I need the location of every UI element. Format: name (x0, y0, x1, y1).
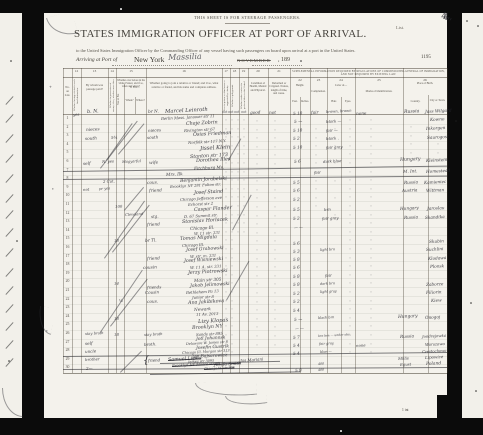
handwritten-entry: wife (149, 161, 158, 166)
handwritten-entry: Kleinstein (426, 158, 448, 163)
handwritten-entry: Warszawa (425, 342, 445, 347)
column-line (447, 68, 448, 373)
row-number: 25 (63, 323, 72, 327)
ditto-mark: " (274, 155, 276, 159)
ditto-mark: " (349, 137, 351, 141)
ditto-mark: " (274, 293, 276, 297)
vessel-name-script: Massilia (168, 53, 202, 62)
tally-hatch (5, 286, 13, 295)
ditto-mark: " (334, 146, 336, 150)
ditto-mark: " (243, 180, 245, 184)
handwritten-entry: south (85, 136, 97, 141)
ditto-mark: " (231, 240, 233, 244)
tally-hatch (5, 248, 13, 257)
ditto-mark: " (225, 301, 227, 305)
dust-speck (16, 240, 18, 242)
ditto-mark: " (225, 197, 227, 201)
ditto-mark: " (237, 215, 239, 219)
handwritten-entry: Cousin (145, 290, 159, 295)
column-header: Whether going to join a relative or frie… (147, 82, 222, 90)
pen-flourish (36, 306, 55, 335)
ditto-mark: " (349, 154, 351, 158)
column-line (81, 68, 82, 373)
ditto-mark: " (225, 146, 227, 150)
ditto-mark: " (243, 223, 245, 227)
handwritten-entry: Onogoj (425, 315, 440, 320)
ditto-mark: " (274, 198, 276, 202)
ditto-mark: " (315, 198, 317, 202)
row-guide (63, 261, 447, 262)
ditto-mark: " (370, 326, 372, 330)
handwritten-entry: not (228, 111, 233, 114)
handwritten-entry: 5 4 (293, 309, 300, 314)
ditto-mark: " (370, 163, 372, 167)
handwritten-entry: black . (326, 136, 339, 140)
ditto-mark: " (349, 223, 351, 227)
ditto-mark: " (256, 302, 258, 306)
ditto-mark: " (225, 206, 227, 210)
handwritten-entry: 18 (114, 239, 119, 243)
dust-speck (120, 8, 122, 10)
row-number: 2 (63, 126, 72, 130)
handwritten-entry: 400 (318, 363, 324, 367)
ditto-mark: " (225, 275, 227, 279)
ditto-mark: " (231, 223, 233, 227)
ditto-mark: " (274, 173, 276, 177)
row-guide (63, 270, 447, 271)
ditto-mark: " (349, 266, 351, 270)
ditto-mark: " (274, 336, 276, 340)
ditto-mark: " (315, 129, 317, 133)
ditto-mark: " (231, 266, 233, 270)
ditto-mark: " (231, 129, 233, 133)
dust-speck (300, 60, 302, 62)
ditto-mark: " (231, 292, 233, 296)
ditto-mark: " (243, 172, 245, 176)
ditto-mark: " (370, 215, 372, 219)
sub-header: City or Town. (429, 99, 447, 102)
ditto-mark: " (243, 189, 245, 193)
ditto-mark: " (349, 215, 351, 219)
column-line (248, 68, 249, 373)
ditto-mark: " (370, 197, 372, 201)
continuation-slash (124, 187, 144, 211)
ditto-mark: " (370, 223, 372, 227)
ditto-mark: " (256, 147, 258, 151)
ditto-mark: " (231, 146, 233, 150)
ditto-mark: " (256, 216, 258, 220)
handwritten-entry: — — (295, 327, 304, 331)
tally-hatch (5, 210, 13, 219)
column-line (146, 68, 147, 373)
ditto-mark: " (274, 302, 276, 306)
ditto-mark: " (225, 249, 227, 253)
ditto-mark: " (370, 137, 372, 141)
ditto-mark: " (274, 147, 276, 151)
ditto-mark: " (274, 164, 276, 168)
ditto-mark: " (256, 164, 258, 168)
ditto-mark: " (370, 283, 372, 287)
ditto-mark: " (274, 250, 276, 254)
sub-header: Where? (136, 99, 146, 102)
row-number: 4 (63, 143, 72, 147)
row-number: 27 (63, 341, 72, 345)
ditto-mark: " (231, 275, 233, 279)
handwritten-entry: + (49, 86, 52, 90)
pen-flourish (46, 11, 78, 40)
ditto-mark: " (231, 137, 233, 141)
handwritten-entry: broth. (144, 342, 157, 347)
ditto-mark: " (274, 319, 276, 323)
ditto-mark: " (274, 181, 276, 185)
dust-speck (10, 60, 12, 62)
handwritten-entry: Zaborze (426, 282, 443, 287)
ditto-mark: " (274, 138, 276, 142)
handwritten-entry: light gray (320, 290, 337, 294)
ditto-mark: " (274, 241, 276, 245)
ditto-mark: " (237, 189, 239, 193)
handwritten-entry: Brooklyn NY 281 Fulton str. (170, 183, 221, 189)
ditto-mark: " (243, 129, 245, 133)
ditto-mark: " (349, 258, 351, 262)
ditto-mark: " (256, 310, 258, 314)
ditto-mark: " (437, 144, 439, 148)
row-guide (63, 201, 447, 202)
ditto-mark: " (256, 241, 258, 245)
row-guide (63, 132, 447, 133)
column-line (116, 68, 117, 373)
ditto-mark: " (237, 180, 239, 184)
ditto-mark: " (370, 301, 372, 305)
ditto-mark: " (225, 129, 227, 133)
handwritten-entry: black brn (318, 316, 334, 320)
ditto-mark: " (237, 129, 239, 133)
handwritten-entry: south (147, 135, 158, 140)
ditto-mark: " (256, 319, 258, 323)
handwritten-entry: 18 (114, 333, 119, 337)
handwritten-entry: pr yes (99, 187, 110, 191)
ditto-mark: " (256, 327, 258, 331)
row-number: 22 (63, 298, 72, 302)
column-header-rotated: Whether in possession of money; if so, w… (109, 79, 115, 112)
ditto-mark: " (237, 172, 239, 176)
handwritten-entry: fair gray (319, 342, 334, 346)
ditto-mark: " (243, 154, 245, 158)
handwritten-entry: br Tl. (145, 238, 157, 243)
tally-hatch (5, 322, 13, 331)
handwritten-entry: Plonsk (430, 264, 444, 269)
ditto-mark: " (349, 275, 351, 279)
handwritten-entry: friend (147, 222, 160, 227)
ditto-mark: " (243, 163, 245, 167)
ditto-mark: " (225, 223, 227, 227)
ditto-mark: " (315, 206, 317, 210)
ditto-mark: " (349, 292, 351, 296)
ditto-mark: " (225, 240, 227, 244)
ditto-mark: " (334, 198, 336, 202)
handwritten-entry: Russia (404, 110, 420, 115)
tally-hatch (5, 114, 13, 123)
row-number: 18 (63, 263, 72, 267)
ditto-mark: " (410, 161, 412, 165)
handwritten-entry: 5¾ (111, 136, 118, 140)
handwritten-entry: Berlin Mass. Janower str 11 (161, 114, 215, 121)
row-number: 24 (63, 315, 72, 319)
ditto-mark: " (237, 146, 239, 150)
handwritten-entry: fair (311, 111, 319, 116)
ditto-mark: " (370, 335, 372, 339)
handwritten-entry: nieces (86, 127, 100, 132)
handwritten-entry: 5 8 (293, 258, 300, 263)
ditto-mark: " (370, 292, 372, 296)
handwritten-entry: 5 10 (293, 112, 303, 117)
handwritten-entry: cous. (147, 299, 158, 304)
ditto-mark: " (274, 190, 276, 194)
handwritten-entry: Lipowice (425, 355, 443, 360)
ditto-mark: " (370, 120, 372, 124)
ditto-mark: " (349, 197, 351, 201)
handwritten-entry: 2 Cut. (103, 179, 115, 183)
row-number: 3 (63, 134, 72, 138)
handwritten-entry: ¼ (119, 299, 123, 303)
ditto-mark: " (349, 189, 351, 193)
row-guide (63, 330, 447, 331)
ditto-mark: " (370, 129, 372, 133)
ditto-mark: " (231, 352, 233, 356)
tally-hatch (5, 304, 13, 313)
row-number: 29 (63, 358, 72, 362)
ditto-mark: " (256, 267, 258, 271)
row-number: 9 (63, 186, 72, 190)
ditto-mark: " (237, 163, 239, 167)
handwritten-entry: 5 8 (295, 369, 302, 374)
handwritten-entry: — — (294, 226, 303, 230)
ditto-mark: " (231, 120, 233, 124)
ditto-mark: " (370, 146, 372, 150)
column-header-rotated: Whether a polygamist. (231, 79, 238, 112)
ditto-mark: " (243, 137, 245, 141)
dust-speck (466, 20, 468, 22)
ditto-mark: " (225, 163, 227, 167)
ditto-mark: " (370, 232, 372, 236)
sub-header: Yes or No (117, 86, 124, 112)
handwritten-entry: brn brn — under obs. (318, 333, 351, 338)
ditto-mark: " (370, 309, 372, 313)
ditto-mark: " (225, 189, 227, 193)
ditto-mark: " (370, 189, 372, 193)
handwritten-entry: Suchlini (426, 247, 444, 252)
ditto-mark: " (225, 283, 227, 287)
column-header-rotated: Ever in prison or almshouse or supported… (223, 79, 229, 112)
handwritten-entry: 400 (318, 369, 324, 373)
sub-header: Feet. (291, 100, 300, 103)
ditto-mark: " (231, 215, 233, 219)
handwritten-entry: Egust (400, 362, 411, 366)
row-number: 6 (63, 160, 72, 164)
ditto-mark: " (225, 232, 227, 236)
ditto-mark: " (225, 258, 227, 262)
handwritten-entry: fair gray (322, 216, 339, 221)
ditto-mark: " (256, 121, 258, 125)
ditto-mark: " (256, 173, 258, 177)
ditto-mark: " (237, 120, 239, 124)
handwritten-entry: self (85, 342, 93, 347)
ditto-mark: " (237, 197, 239, 201)
ditto-mark: " (237, 206, 239, 210)
scanned-manifest-page: THIS SHEET IS FOR STEERAGE PASSENGERS. L… (0, 0, 483, 435)
column-header-rotated: Whether under contract to perform labor … (240, 79, 247, 112)
column-number: 16 (146, 70, 222, 74)
row-number: 21 (63, 289, 72, 293)
ditto-mark: " (231, 163, 233, 167)
row-guide (63, 184, 447, 185)
handwritten-entry: Magyarful (122, 160, 141, 165)
ditto-mark: " (349, 163, 351, 167)
handwritten-entry: Skandika (425, 215, 445, 220)
handwritten-entry: dark brn (320, 282, 335, 286)
ditto-mark: " (370, 154, 372, 158)
ditto-mark: " (274, 284, 276, 288)
handwritten-entry: Austria (402, 188, 418, 193)
row-guide (63, 296, 447, 297)
ditto-mark: " (256, 181, 258, 185)
sub-header: Height. (291, 84, 310, 87)
ditto-mark: " (237, 232, 239, 236)
ditto-mark: " (437, 153, 439, 157)
supplemental-banner: SUPPLEMENTAL INFORMATION REQUIRED BY REG… (290, 70, 447, 76)
row-number: 13 (63, 220, 72, 224)
ditto-mark: " (256, 198, 258, 202)
ditto-mark: " (274, 345, 276, 349)
column-number: 12 (72, 70, 81, 74)
ditto-mark: " (370, 249, 372, 253)
ditto-mark: " (349, 240, 351, 244)
row-number: 11 (63, 203, 72, 207)
row-guide (63, 244, 447, 245)
handwritten-entry: friend (149, 188, 162, 193)
handwritten-entry: Skubin (429, 239, 444, 244)
ditto-mark: " (315, 138, 317, 142)
handwritten-entry: Jaroslau (427, 206, 445, 211)
ditto-mark: " (315, 172, 317, 176)
ditto-mark: " (274, 327, 276, 331)
tally-hatch (5, 154, 13, 163)
ditto-mark: " (256, 336, 258, 340)
handwritten-entry: 5 6 (293, 189, 300, 194)
row-guide (63, 321, 447, 322)
handwritten-entry: Saurogost (427, 135, 449, 140)
row-number: 10 (63, 194, 72, 198)
ditto-mark: " (231, 206, 233, 210)
handwritten-entry: * (52, 189, 54, 193)
ditto-mark: " (225, 352, 227, 356)
handwritten-entry: yes (73, 113, 80, 117)
pen-flourish (2, 388, 23, 417)
ditto-mark: " (231, 249, 233, 253)
row-guide (63, 218, 447, 219)
handwritten-entry: friend (148, 358, 160, 363)
ditto-mark: " (256, 250, 258, 254)
handwritten-entry: cous. (147, 180, 158, 185)
ditto-mark: " (334, 163, 336, 167)
ditto-mark: " (237, 223, 239, 227)
ditto-mark: " (231, 197, 233, 201)
ditto-mark: " (274, 130, 276, 134)
row-guide (63, 364, 447, 365)
row-number: 5 (63, 151, 72, 155)
ditto-mark: " (225, 120, 227, 124)
ditto-mark: " (256, 259, 258, 263)
ditto-mark: " (256, 155, 258, 159)
handwritten-entry: stay broth (85, 332, 104, 337)
handwritten-entry: 14 (114, 282, 119, 286)
ditto-mark: " (315, 163, 317, 167)
handwritten-entry: not (269, 111, 276, 116)
handwritten-entry: Russia (400, 334, 414, 339)
ditto-mark: " (243, 146, 245, 150)
row-guide (63, 339, 447, 340)
row-number: 17 (63, 255, 72, 259)
handwritten-entry: 5 2 (293, 300, 300, 305)
sub-header: Color of— (328, 84, 355, 87)
ditto-mark: " (349, 120, 351, 124)
handwritten-entry: 100 (115, 205, 122, 209)
column-number: 13 (81, 70, 108, 74)
ditto-mark: " (274, 259, 276, 263)
ditto-mark: " (231, 258, 233, 262)
column-number: 21 (268, 70, 290, 74)
row-number: 16 (63, 246, 72, 250)
ditto-mark: " (274, 121, 276, 125)
ditto-mark: " (243, 206, 245, 210)
handwritten-entry: Millis (398, 356, 409, 360)
dust-speck (470, 302, 472, 304)
ditto-mark: " (256, 276, 258, 280)
tally-hatch (5, 194, 13, 203)
sub-header: Complexion. (311, 90, 327, 93)
ditto-mark: " (274, 267, 276, 271)
handwritten-entry: Fitchburg Ms. (194, 165, 224, 171)
handwritten-entry: Russia (404, 180, 418, 185)
ditto-mark: " (231, 335, 233, 339)
handwritten-entry: 5 8 (293, 275, 300, 280)
ditto-mark: " (225, 335, 227, 339)
ditto-mark: " (349, 318, 351, 322)
ditto-mark: " (349, 283, 351, 287)
dust-speck (475, 390, 477, 392)
handwritten-entry: 5 4 (293, 352, 300, 357)
ditto-mark: " (334, 181, 336, 185)
tally-hatch (5, 340, 13, 349)
row-guide (63, 192, 447, 193)
ditto-mark: " (225, 326, 227, 330)
column-number: 25 (355, 79, 403, 83)
ditto-mark: " (370, 275, 372, 279)
ditto-mark: " (225, 215, 227, 219)
column-line (290, 68, 291, 373)
ditto-mark: " (349, 146, 351, 150)
sub-header: Hair. (328, 100, 341, 103)
handwritten-entry: none (356, 344, 366, 348)
handwritten-entry: stay broth (144, 333, 163, 338)
row-number: 14 (63, 229, 72, 233)
handwritten-entry: 5 5 (293, 208, 300, 213)
ditto-mark: " (349, 172, 351, 176)
list-number-script: 4, (441, 12, 450, 22)
handwritten-entry: not (234, 111, 239, 114)
handwritten-entry: Hungary (398, 315, 418, 320)
ditto-mark: " (256, 345, 258, 349)
